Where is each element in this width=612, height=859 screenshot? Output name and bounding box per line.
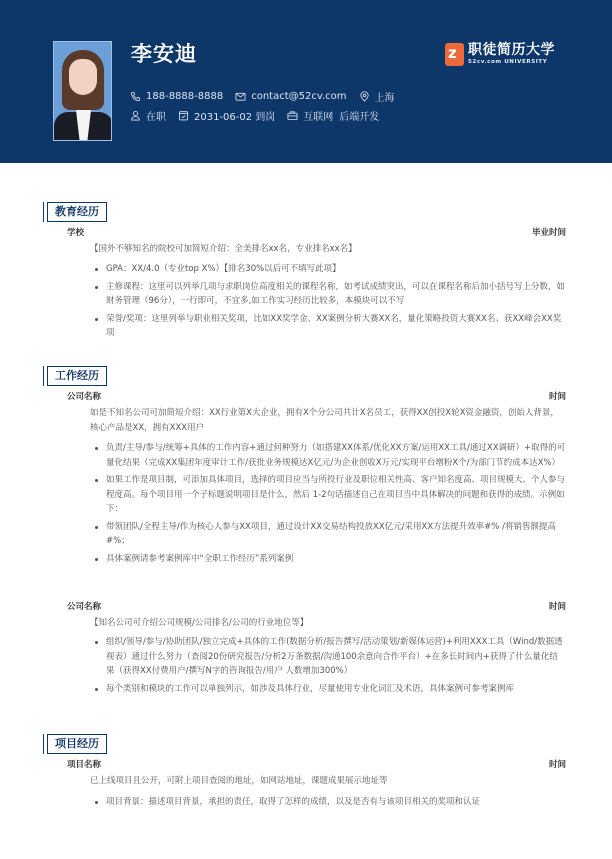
candidate-name: 李安迪 bbox=[131, 38, 197, 68]
work-intro: 【知名公司可介绍公司规模/公司排名/公司的行业地位等】 bbox=[90, 616, 565, 631]
work-entry-head: 公司名称 时间 bbox=[67, 390, 566, 402]
profile-photo bbox=[53, 41, 112, 141]
job-item: 互联网 后端开发 bbox=[287, 108, 379, 123]
list-item: 具体案例请参考案例库中“全职工作经历”系列案例 bbox=[92, 552, 566, 567]
email-item: contact@52cv.com bbox=[235, 91, 346, 102]
list-item: 荣誉/奖项：这里列举与职业相关奖项，比如XX奖学金、XX案例分析大赛XX名，量化… bbox=[92, 312, 566, 341]
education-intro: 【国外不够知名的院校可加简短介绍：全美排名xx名，专业排名xx名】 bbox=[90, 242, 565, 257]
list-item: 每个类别和模块的工作可以单独列示，如涉及具体行业，尽量使用专业化词汇及术语，具体… bbox=[92, 682, 566, 697]
status-text: 在职 bbox=[146, 108, 166, 123]
location-item: 上海 bbox=[359, 89, 395, 104]
section-bar bbox=[43, 734, 44, 754]
section-bar bbox=[43, 366, 44, 386]
project-intro: 已上线项目且公开，可附上项目查阅的地址，如网站地址，课题成果展示地址等 bbox=[90, 774, 565, 789]
location-text: 上海 bbox=[375, 89, 395, 104]
phone-item: 188-8888-8888 bbox=[130, 91, 223, 102]
section-bar bbox=[43, 202, 44, 222]
work-time: 时间 bbox=[549, 600, 566, 612]
work-bullets: 负责/主导/参与/统筹+具体的工作内容+通过何种努力（如搭建XX体系/优化XX方… bbox=[92, 441, 566, 569]
project-entry-head: 项目名称 时间 bbox=[67, 758, 566, 770]
section-label: 教育经历 bbox=[47, 202, 107, 222]
location-pin-icon bbox=[359, 91, 370, 102]
list-item: 负责/主导/参与/统筹+具体的工作内容+通过何种努力（如搭建XX体系/优化XX方… bbox=[92, 441, 566, 470]
company-name: 公司名称 bbox=[67, 600, 101, 612]
status-item: 在职 bbox=[130, 108, 166, 123]
list-item: 组织/领导/参与/协助团队/独立完成+具体的工作(数据分析/报告撰写/活动策划/… bbox=[92, 635, 566, 679]
project-time: 时间 bbox=[549, 758, 566, 770]
available-date-text: 2031-06-02 到岗 bbox=[194, 108, 275, 123]
brand-logo: 职徒简历大学 52cv.com UNIVERSITY bbox=[445, 42, 555, 66]
education-bullets: GPA：XX/4.0（专业top X%）【排名30%以后可不填写此项】 主修课程… bbox=[92, 262, 566, 344]
contact-row-2: 在职 2031-06-02 到岗 互联网 后端开发 bbox=[130, 108, 391, 123]
list-item: 带领团队/全程主导/作为核心人参与XX项目，通过设计XX交易结构投放XX亿元/采… bbox=[92, 520, 566, 549]
phone-text: 188-8888-8888 bbox=[146, 91, 223, 102]
mail-icon bbox=[235, 91, 246, 102]
logo-en-text: 52cv.com UNIVERSITY bbox=[468, 58, 555, 66]
email-text: contact@52cv.com bbox=[251, 91, 346, 102]
school-name: 学校 bbox=[67, 226, 84, 238]
section-title-work: 工作经历 bbox=[43, 365, 107, 387]
project-bullets: 项目背景：描述项目背景，承担的责任，取得了怎样的成绩，以及是否有与该项目相关的奖… bbox=[92, 795, 566, 813]
phone-icon bbox=[130, 91, 141, 102]
position-text: 后端开发 bbox=[339, 108, 379, 123]
industry-text: 互联网 bbox=[303, 108, 333, 123]
work-entry-head: 公司名称 时间 bbox=[67, 600, 566, 612]
project-name: 项目名称 bbox=[67, 758, 101, 770]
section-label: 项目经历 bbox=[47, 734, 107, 754]
education-entry-head: 学校 毕业时间 bbox=[67, 226, 566, 238]
section-title-education: 教育经历 bbox=[43, 201, 107, 223]
person-icon bbox=[130, 110, 141, 121]
logo-mark-icon bbox=[445, 43, 464, 66]
list-item: 项目背景：描述项目背景，承担的责任，取得了怎样的成绩，以及是否有与该项目相关的奖… bbox=[92, 795, 566, 810]
available-date-item: 2031-06-02 到岗 bbox=[178, 108, 275, 123]
calendar-check-icon bbox=[178, 110, 189, 121]
work-time: 时间 bbox=[549, 390, 566, 402]
section-title-project: 项目经历 bbox=[43, 733, 107, 755]
list-item: GPA：XX/4.0（专业top X%）【排名30%以后可不填写此项】 bbox=[92, 262, 566, 277]
contact-row-1: 188-8888-8888 contact@52cv.com 上海 bbox=[130, 89, 407, 104]
work-intro: 如是不知名公司可加简短介绍：XX行业第X大企业，拥有X个分公司共计X名员工，获得… bbox=[90, 406, 565, 436]
graduation-time: 毕业时间 bbox=[532, 226, 566, 238]
list-item: 主修课程：这里可以列举几项与求职岗位高度相关的课程名称，如考试成绩突出，可以在课… bbox=[92, 280, 566, 309]
list-item: 如果工作是项目制，可添加具体项目，选择的项目应当与所投行业及职位相关性高、客户知… bbox=[92, 473, 566, 517]
logo-cn-text: 职徒简历大学 bbox=[468, 42, 555, 58]
work-bullets: 组织/领导/参与/协助团队/独立完成+具体的工作(数据分析/报告撰写/活动策划/… bbox=[92, 635, 566, 699]
briefcase-icon bbox=[287, 110, 298, 121]
resume-header: 李安迪 188-8888-8888 contact@52cv.com 上海 bbox=[0, 0, 612, 163]
section-label: 工作经历 bbox=[47, 366, 107, 386]
company-name: 公司名称 bbox=[67, 390, 101, 402]
